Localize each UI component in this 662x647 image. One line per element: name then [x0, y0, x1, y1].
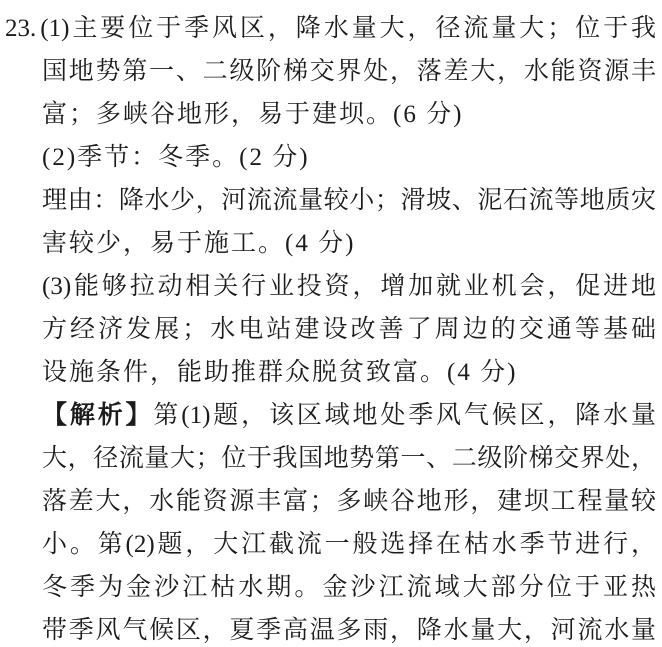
text-line-2: 国地势第一、二级阶梯交界处，落差大，水能资源丰 — [42, 50, 656, 93]
text-line-15: 带季风气候区，夏季高温多雨，降水量大，河流水量 — [42, 609, 656, 647]
text-line-10: 【解析】第(1)题，该区域地处季风气候区，降水量 — [42, 394, 656, 437]
text-line-13: 小。第(2)题，大江截流一般选择在枯水季节进行， — [42, 523, 656, 566]
question-number: 23. — [5, 15, 40, 42]
analysis-label: 【解析】 — [42, 401, 153, 429]
text-line-4: (2)季节：冬季。(2 分) — [42, 136, 656, 179]
answer-document-page: 23.(1)主要位于季风区，降水量大，径流量大；位于我 国地势第一、二级阶梯交界… — [0, 0, 662, 647]
text-line-3: 富；多峡谷地形，易于建坝。(6 分) — [42, 93, 656, 136]
text-line-8: 方经济发展；水电站建设改善了周边的交通等基础 — [42, 308, 656, 351]
text-line-5: 理由：降水少，河流流量较小；滑坡、泥石流等地质灾 — [42, 179, 656, 222]
analysis-line-text: 第(1)题，该区域地处季风气候区，降水量 — [153, 402, 656, 429]
answer-line-text: (1)主要位于季风区，降水量大，径流量大；位于我 — [40, 15, 656, 42]
text-line-12: 落差大，水能资源丰富；多峡谷地形，建坝工程量较 — [42, 480, 656, 523]
text-line-7: (3)能够拉动相关行业投资，增加就业机会，促进地 — [42, 265, 656, 308]
text-line-9: 设施条件，能助推群众脱贫致富。(4 分) — [42, 351, 656, 394]
text-line-1: 23.(1)主要位于季风区，降水量大，径流量大；位于我 — [5, 7, 656, 50]
text-line-11: 大，径流量大；位于我国地势第一、二级阶梯交界处， — [42, 437, 656, 480]
text-line-14: 冬季为金沙江枯水期。金沙江流域大部分位于亚热 — [42, 566, 656, 609]
text-line-6: 害较少，易于施工。(4 分) — [42, 222, 656, 265]
